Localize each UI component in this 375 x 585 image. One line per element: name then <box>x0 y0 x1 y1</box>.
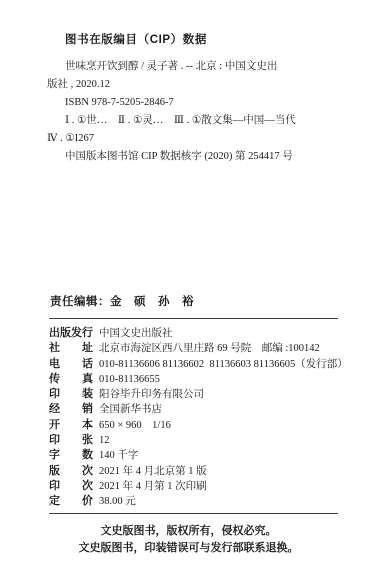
table-row: 电 话 010-81136606 81136602 81136603 81136… <box>49 355 340 370</box>
table-row: 社 址 北京市海淀区西八里庄路 69 号院 邮编 :100142 <box>49 339 340 354</box>
pub-label: 印 装 <box>49 385 93 401</box>
table-row: 印 次 2021 年 4 月第 1 次印刷 <box>49 477 340 492</box>
copyright-page: 图书在版编目（CIP）数据 世味烹开饮到醇 / 灵子著 . -- 北京 : 中国… <box>0 0 375 585</box>
pub-label: 定 价 <box>49 492 93 508</box>
pub-label: 印 次 <box>49 477 93 493</box>
table-row: 传 真 010-81136655 <box>49 370 340 385</box>
cip-line-isbn: ISBN 978-7-5205-2846-7 <box>47 94 340 112</box>
copyright-notice: 文史版图书，版权所有，侵权必究。 <box>47 523 330 541</box>
pub-label: 传 真 <box>49 370 93 386</box>
pub-value: 010-81136606 81136602 81136603 81136605（… <box>99 356 348 371</box>
pub-value: 全国新华书店 <box>99 401 162 416</box>
editors-label: 责任编辑： <box>50 296 110 308</box>
pub-value: 140 千字 <box>99 447 138 462</box>
table-row: 版 次 2021 年 4 月北京第 1 版 <box>49 462 340 477</box>
publication-info-table: 出版发行 中国文史出版社 社 址 北京市海淀区西八里庄路 69 号院 邮编 :1… <box>49 324 340 508</box>
table-row: 出版发行 中国文史出版社 <box>49 324 340 339</box>
editors-line: 责任编辑：金 硕 孙 裕 <box>50 296 340 309</box>
pub-value: 12 <box>99 435 110 446</box>
table-row: 经 销 全国新华书店 <box>49 400 340 415</box>
pub-value: 650 × 960 1/16 <box>99 417 171 432</box>
pub-value: 阳谷毕升印务有限公司 <box>99 386 204 401</box>
table-row: 印 张 12 <box>49 431 340 446</box>
pub-value: 38.00 元 <box>99 493 136 508</box>
cip-line-class-number: Ⅳ . ①I267 <box>47 130 340 148</box>
table-row: 字 数 140 千字 <box>49 446 340 461</box>
editors-names: 金 硕 孙 裕 <box>110 296 194 308</box>
pub-label: 开 本 <box>49 416 93 432</box>
cip-lines: 世味烹开饮到醇 / 灵子著 . -- 北京 : 中国文史出 版社 , 2020.… <box>47 58 340 166</box>
pub-label: 经 销 <box>49 400 93 416</box>
returns-notice: 文史版图书，印装错误可与发行部联系退换。 <box>47 540 330 558</box>
table-row: 印 装 阳谷毕升印务有限公司 <box>49 385 340 400</box>
footer-notices: 文史版图书，版权所有，侵权必究。 文史版图书，印装错误可与发行部联系退换。 <box>47 523 330 558</box>
table-row: 定 价 38.00 元 <box>49 492 340 507</box>
pub-label: 印 张 <box>49 431 93 447</box>
divider-bottom <box>49 513 338 514</box>
pub-label: 版 次 <box>49 462 93 478</box>
pub-label: 社 址 <box>49 339 93 355</box>
divider-top <box>49 318 338 319</box>
pub-value: 北京市海淀区西八里庄路 69 号院 邮编 :100142 <box>99 340 320 355</box>
cip-line-classification: Ⅰ . ①世… Ⅱ . ①灵… Ⅲ . ①散文集—中国—当代 <box>47 112 340 130</box>
cip-line-publisher: 版社 , 2020.12 <box>47 76 340 94</box>
table-row: 开 本 650 × 960 1/16 <box>49 416 340 431</box>
cip-line-title: 世味烹开饮到醇 / 灵子著 . -- 北京 : 中国文史出 <box>47 58 340 76</box>
pub-value: 010-81136655 <box>99 374 160 385</box>
pub-label: 字 数 <box>49 446 93 462</box>
cip-header: 图书在版编目（CIP）数据 <box>65 33 340 47</box>
cip-line-record-number: 中国版本图书馆 CIP 数据核字 (2020) 第 254417 号 <box>47 148 340 166</box>
pub-value: 中国文史出版社 <box>99 325 173 340</box>
cip-block: 图书在版编目（CIP）数据 世味烹开饮到醇 / 灵子著 . -- 北京 : 中国… <box>47 33 340 166</box>
pub-label: 出版发行 <box>49 324 93 340</box>
pub-value: 2021 年 4 月北京第 1 版 <box>99 463 207 478</box>
pub-label: 电 话 <box>49 355 93 371</box>
pub-value: 2021 年 4 月第 1 次印刷 <box>99 478 207 493</box>
